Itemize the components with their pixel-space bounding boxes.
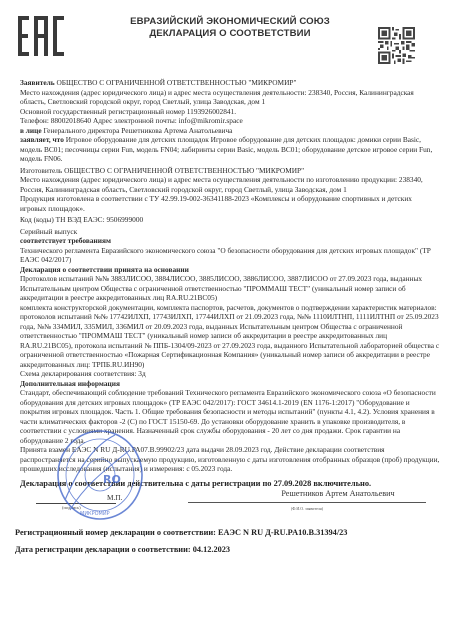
applicant-person: в лице Генерального директора Решетников… bbox=[20, 126, 440, 136]
signature-line bbox=[36, 503, 116, 504]
applicant-name: ОБЩЕСТВО С ОГРАНИЧЕННОЙ ОТВЕТСТВЕННОСТЬЮ… bbox=[56, 78, 296, 87]
hs-code: Код (коды) ТН ВЭД ЕАЭС: 9506999000 bbox=[20, 215, 440, 225]
signer-name-line bbox=[188, 502, 426, 503]
seal-place-label: М.П. bbox=[107, 493, 122, 502]
signature-caption: (подпись) bbox=[62, 505, 81, 510]
signer-name: Решетников Артем Анатольевич bbox=[238, 489, 438, 498]
union-title: ЕВРАЗИЙСКИЙ ЭКОНОМИЧЕСКИЙ СОЮЗ bbox=[100, 16, 360, 28]
manufacturer-name: Изготовитель ОБЩЕСТВО С ОГРАНИЧЕННОЙ ОТВ… bbox=[20, 166, 440, 176]
eac-logo-icon bbox=[18, 16, 64, 56]
declaration-body: Заявитель ОБЩЕСТВО С ОГРАНИЧЕННОЙ ОТВЕТС… bbox=[20, 78, 440, 474]
document-header: ЕВРАЗИЙСКИЙ ЭКОНОМИЧЕСКИЙ СОЮЗ ДЕКЛАРАЦИ… bbox=[100, 16, 360, 39]
document-title: ДЕКЛАРАЦИЯ О СООТВЕТСТВИИ bbox=[100, 28, 360, 40]
applicant-ogrn: Основной государственный регистрационный… bbox=[20, 107, 440, 117]
basis-documents: комплекта конструкторской документации, … bbox=[20, 303, 440, 370]
applicant-address: Место нахождения (адрес юридического лиц… bbox=[20, 88, 440, 107]
declaration-scheme: Схема декларирования соответствия: 3д bbox=[20, 369, 440, 379]
basis-protocols: Протоколов испытаний №№ 3883ЛИСОО, 3884Л… bbox=[20, 274, 440, 303]
validity-statement: Декларация о соответствии действительна … bbox=[20, 479, 450, 488]
declaration-page: ЕВРАЗИЙСКИЙ ЭКОНОМИЧЕСКИЙ СОЮЗ ДЕКЛАРАЦИ… bbox=[0, 0, 456, 618]
compliance-text: Технического регламента Евразийского эко… bbox=[20, 246, 440, 265]
series-type: Серийный выпуск bbox=[20, 227, 440, 237]
registration-date: Дата регистрации декларации о соответств… bbox=[15, 545, 230, 554]
applicant-line: Заявитель ОБЩЕСТВО С ОГРАНИЧЕННОЙ ОТВЕТС… bbox=[20, 78, 440, 88]
applicant-contacts: Телефон: 88002018640 Адрес электронной п… bbox=[20, 116, 440, 126]
declares-text: заявляет, что Игровое оборудование для д… bbox=[20, 135, 440, 164]
signer-name-caption: (Ф.И.О. заявителя) bbox=[188, 506, 426, 511]
svg-text:МИКРОМИР: МИКРОМИР bbox=[80, 511, 110, 517]
registration-number: Регистрационный номер декларации о соотв… bbox=[15, 528, 347, 537]
compliance-label: соответствует требованиям bbox=[20, 236, 440, 246]
additional-info-label: Дополнительная информация bbox=[20, 379, 440, 389]
qr-code-icon bbox=[378, 27, 415, 64]
manufacturer-address: Место нахождения (адрес юридического лиц… bbox=[20, 175, 440, 194]
manufacturer-standard: Продукция изготовлена в соответствии с Т… bbox=[20, 194, 440, 213]
basis-label: Декларация о соответствии принята на осн… bbox=[20, 265, 440, 275]
additional-info-standard: Стандарт, обеспечивающий соблюдение треб… bbox=[20, 388, 440, 445]
additional-info-replacement: Принята взамен ЕАЭС N RU Д-RU.PA07.B.999… bbox=[20, 445, 440, 474]
